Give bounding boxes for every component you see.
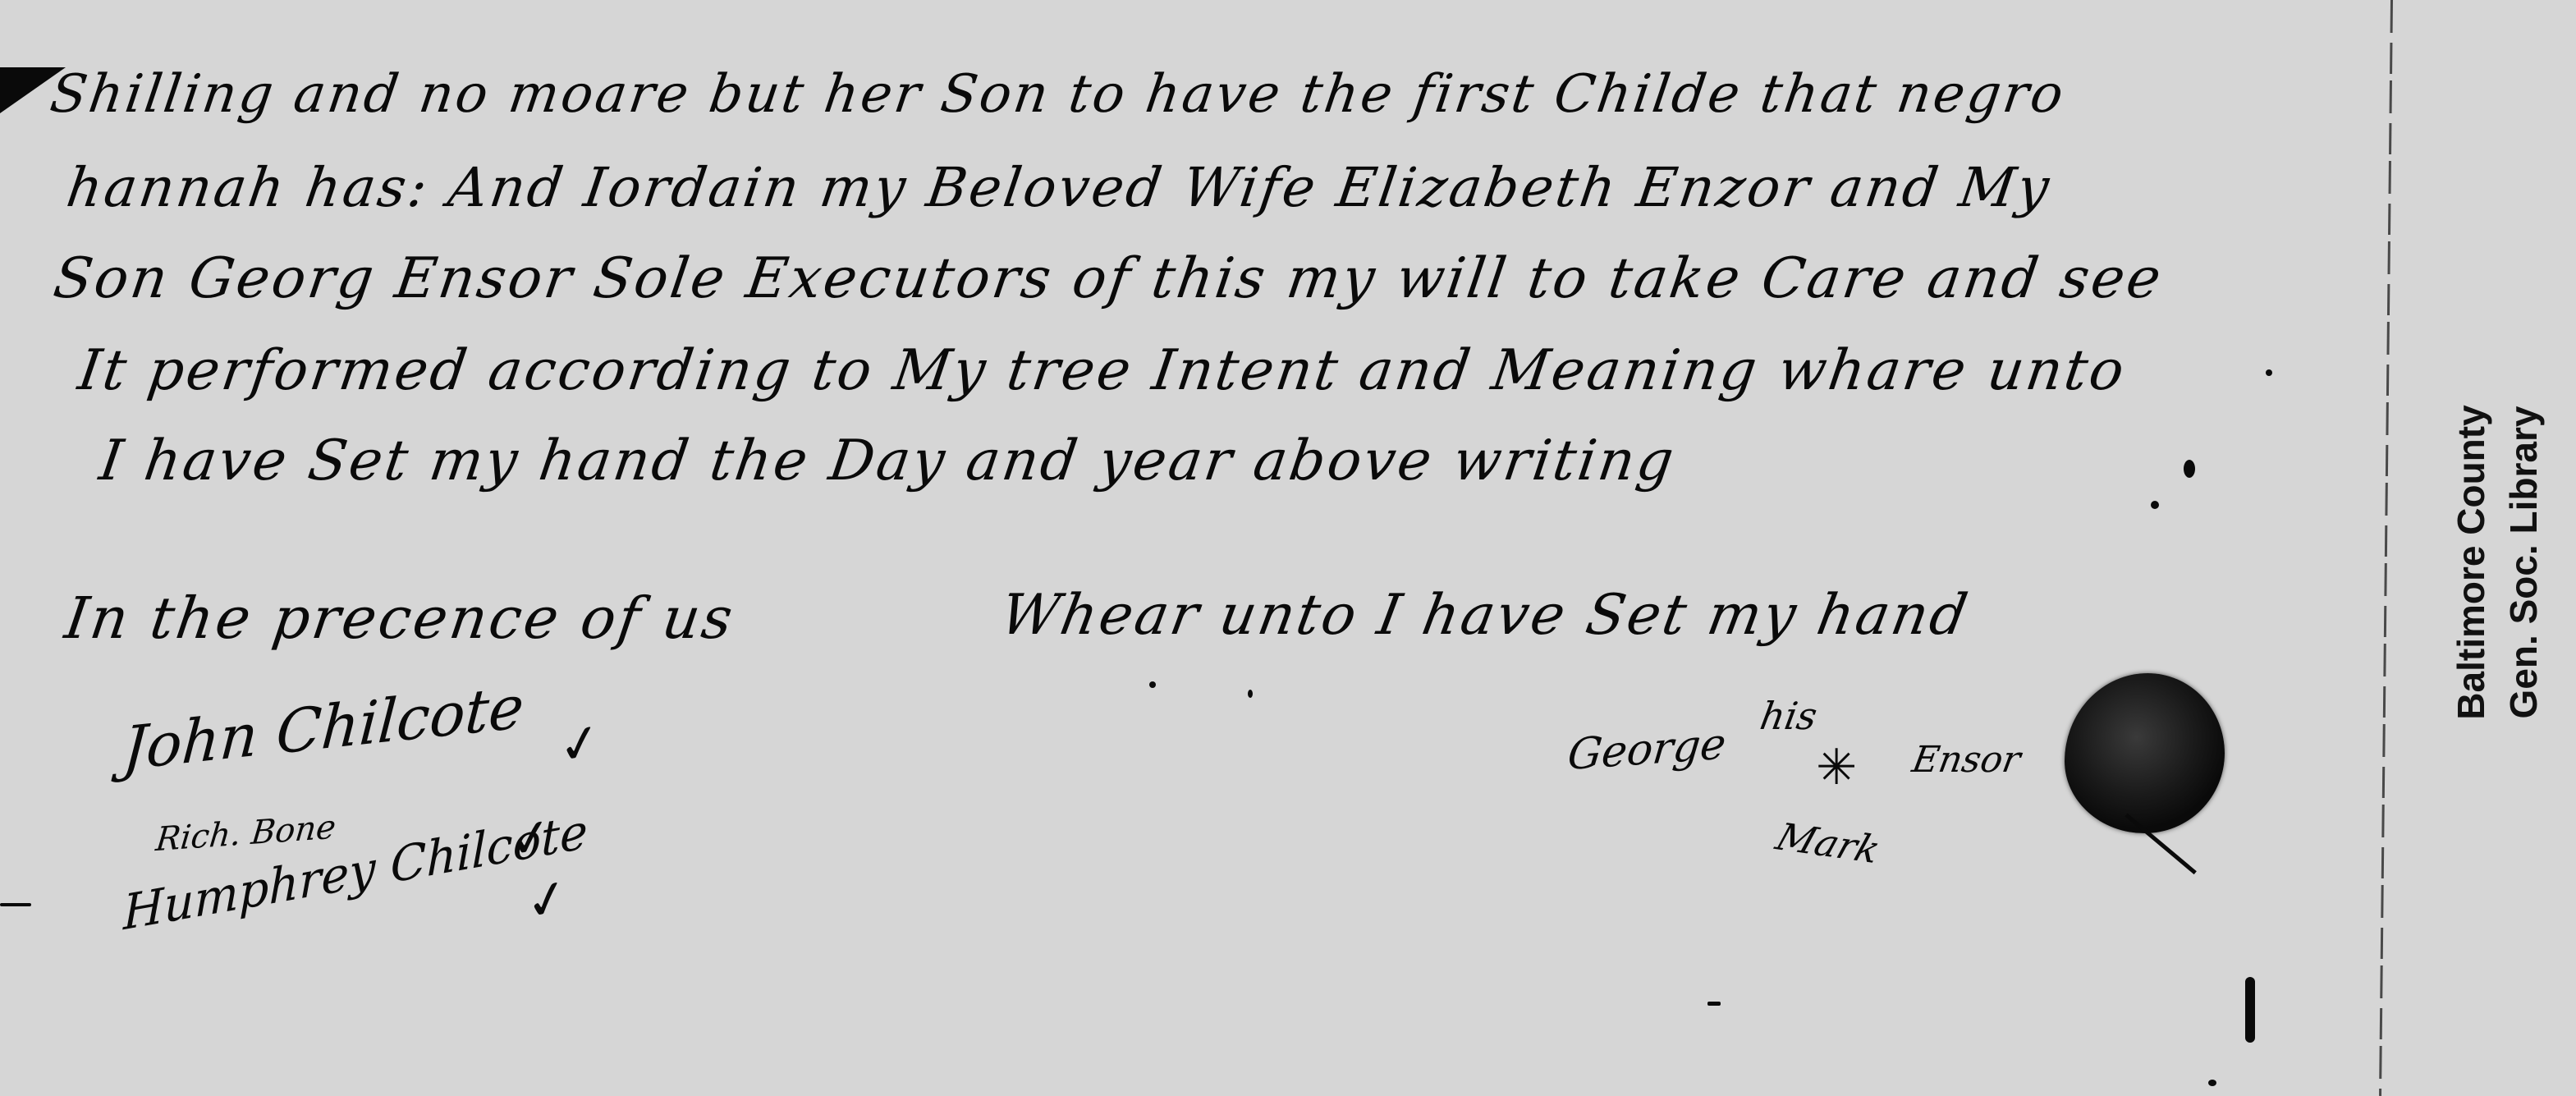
will-text-line-4: It performed according to My tree Intent…	[74, 338, 2130, 403]
witness-heading: In the precence of us	[61, 585, 739, 652]
ink-speck	[1149, 681, 1156, 688]
ink-speck	[2151, 501, 2159, 509]
ink-speck	[2208, 1080, 2216, 1086]
testator-first-name: George	[1565, 719, 1728, 780]
ink-speck	[1248, 690, 1253, 698]
testator-surname: Ensor	[1909, 739, 2024, 781]
testator-mark-label: Mark	[1771, 814, 1886, 871]
wax-seal-icon	[2065, 673, 2225, 833]
testator-heading: Whear unto I have Set my hand	[996, 583, 1974, 648]
checkmark-icon: ✓	[553, 711, 607, 778]
ink-speck	[1707, 1002, 1721, 1006]
will-text-line-3: Son Georg Ensor Sole Executors of this m…	[49, 246, 2166, 311]
ink-speck	[2266, 369, 2272, 376]
ink-speck	[2184, 460, 2195, 478]
ink-speck	[2245, 977, 2255, 1043]
will-text-line-5: I have Set my hand the Day and year abov…	[95, 429, 1680, 493]
testator-mark-icon: ✳	[1816, 739, 1857, 796]
checkmark-icon: ✓	[505, 806, 557, 873]
library-watermark: Baltimore County Gen. Soc. Library	[2445, 357, 2550, 768]
checkmark-icon: ✓	[520, 866, 575, 935]
will-text-line-2: hannah has: And Iordain my Beloved Wife …	[63, 156, 2056, 219]
will-text-line-1: Shilling and no moare but her Son to hav…	[47, 64, 2070, 125]
watermark-line-2: Gen. Soc. Library	[2497, 357, 2550, 768]
scanned-document-page: Shilling and no moare but her Son to hav…	[0, 0, 2576, 1096]
testator-his-label: his	[1757, 694, 1820, 738]
watermark-line-1: Baltimore County	[2445, 357, 2497, 768]
witness-signature-john-chilcote: John Chilcote	[121, 672, 526, 783]
page-edge-line	[2379, 0, 2393, 1096]
margin-mark	[0, 903, 31, 906]
